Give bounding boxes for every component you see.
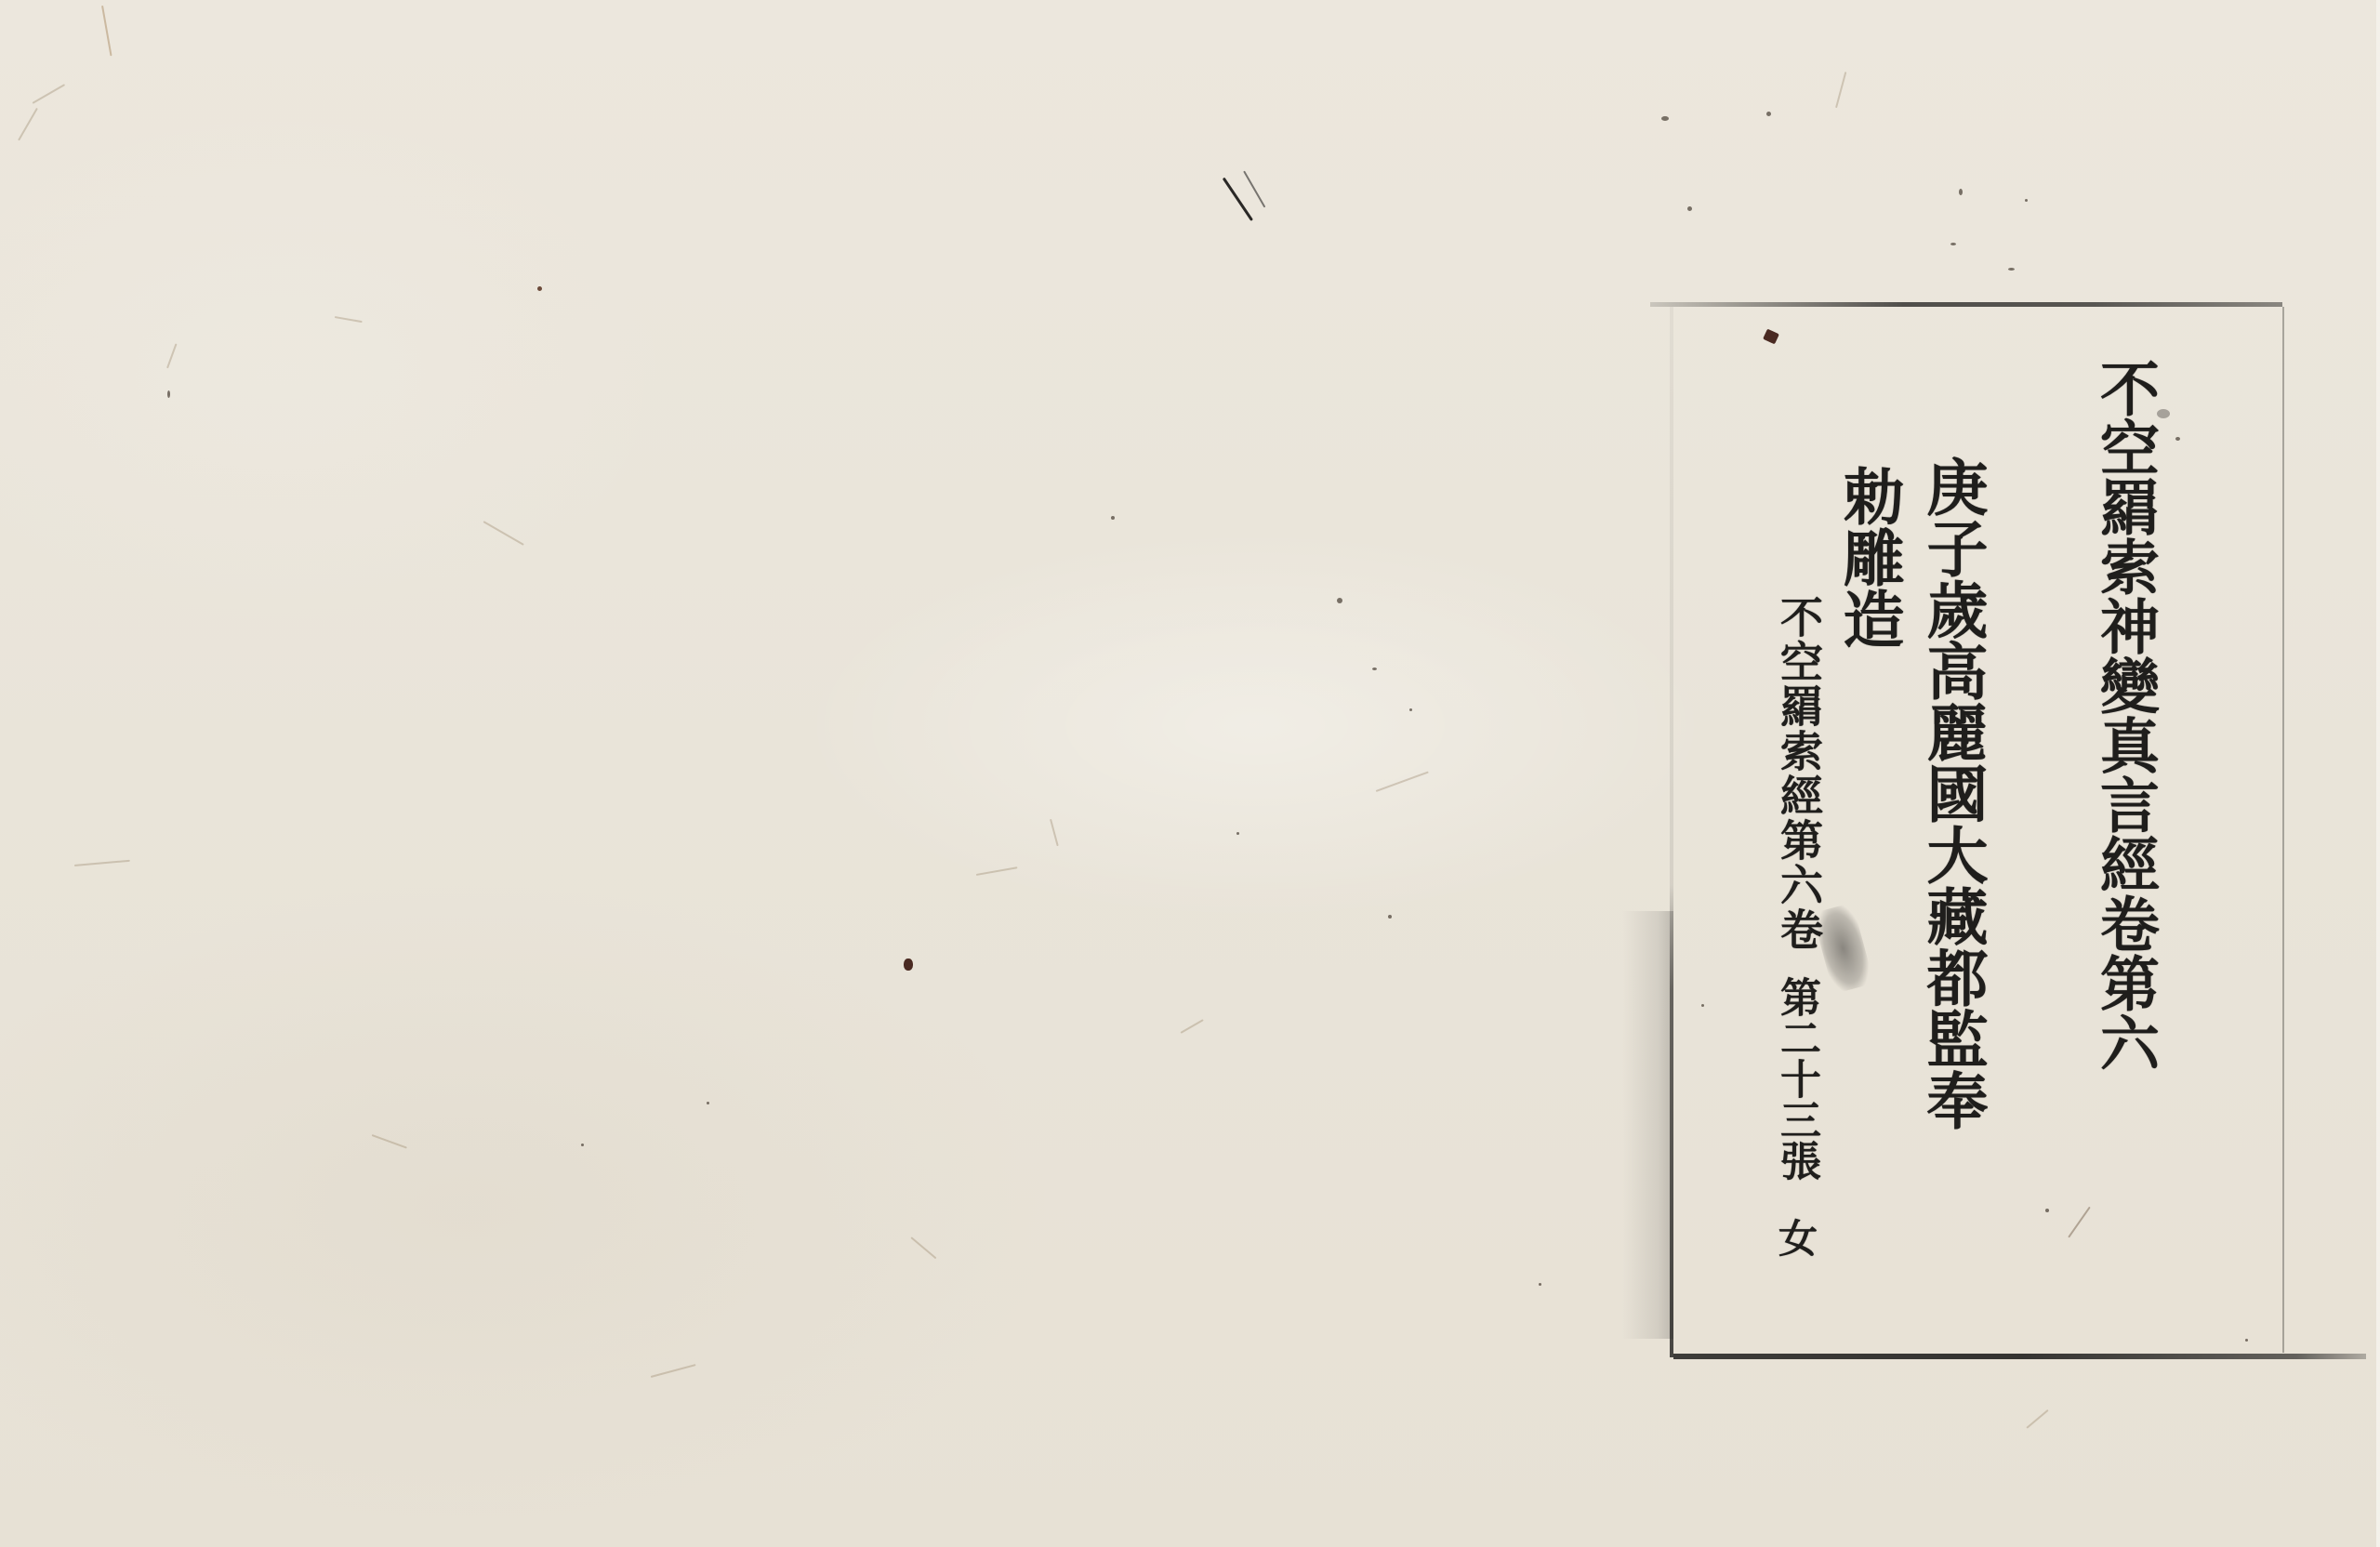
colophon-decree-column: 勅雕造 [1836,465,1901,649]
paper-edge [2376,0,2380,1547]
sutra-title-column: 不空羂索神變真言經卷第六 [2092,358,2157,1072]
frame-left-ink-bleed [1622,911,1673,1339]
case-mark: 女 [1774,1218,1817,1257]
sheet-number: 第二十三張 [1773,976,1819,1181]
frame-right-border [2282,307,2284,1353]
paper-background [0,0,2380,1547]
short-title-column: 不空羂索經第六卷 [1776,595,1822,952]
frame-top-border [1650,302,2282,307]
colophon-date-column: 庚子歲高麗國大藏都監奉 [1920,456,1985,1130]
frame-left-border [1670,307,1673,1357]
frame-bottom-border [1673,1354,2366,1359]
